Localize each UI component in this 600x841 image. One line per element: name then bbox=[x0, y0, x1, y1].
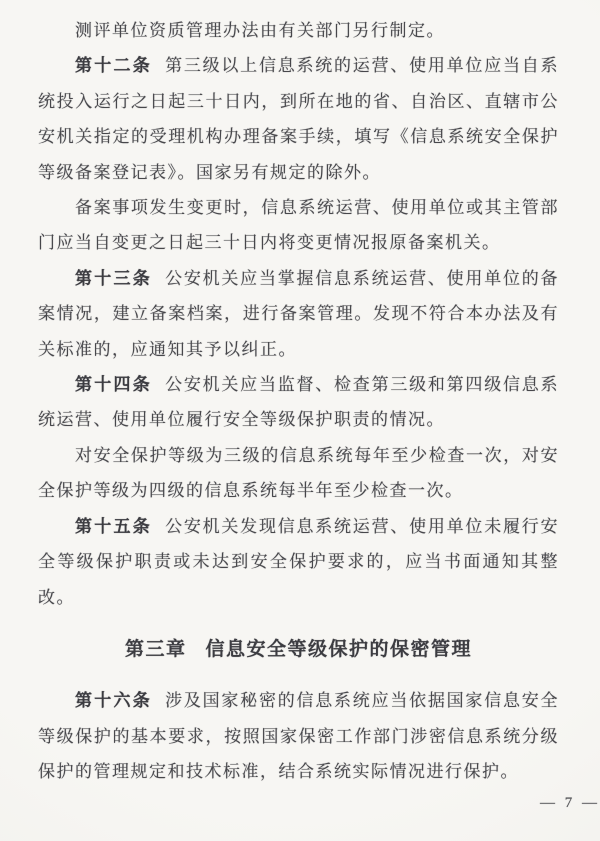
paragraph: 对安全保护等级为三级的信息系统每年至少检查一次，对安全保护等级为四级的信息系统每… bbox=[38, 438, 559, 509]
paragraph: 第十五条公安机关发现信息系统运营、使用单位未履行安全等级保护职责或未达到安全保护… bbox=[38, 509, 559, 615]
paragraph: 备案事项发生变更时，信息系统运营、使用单位或其主管部门应当自变更之日起三十日内将… bbox=[38, 190, 559, 261]
paragraph-text: 测评单位资质管理办法由有关部门另行制定。 bbox=[75, 21, 445, 40]
article-number: 第十二条 bbox=[75, 56, 152, 75]
paragraph-text: 备案事项发生变更时，信息系统运营、使用单位或其主管部门应当自变更之日起三十日内将… bbox=[38, 198, 559, 252]
chapter-title: 信息安全等级保护的保密管理 bbox=[206, 639, 473, 660]
document-body: 测评单位资质管理办法由有关部门另行制定。 第十二条第三级以上信息系统的运营、使用… bbox=[38, 13, 559, 790]
page-number: — 7 — bbox=[72, 795, 600, 812]
paragraph: 第十六条涉及国家秘密的信息系统应当依据国家信息安全等级保护的基本要求，按照国家保… bbox=[38, 683, 559, 789]
paragraph: 第十四条公安机关应当监督、检查第三级和第四级信息系统运营、使用单位履行安全等级保… bbox=[38, 367, 559, 438]
chapter-heading: 第三章信息安全等级保护的保密管理 bbox=[38, 632, 559, 667]
paragraph: 测评单位资质管理办法由有关部门另行制定。 bbox=[38, 13, 559, 48]
article-number: 第十六条 bbox=[75, 691, 152, 710]
article-number: 第十三条 bbox=[75, 269, 152, 288]
document-page: 测评单位资质管理办法由有关部门另行制定。 第十二条第三级以上信息系统的运营、使用… bbox=[0, 0, 600, 841]
article-number: 第十五条 bbox=[75, 517, 152, 536]
paragraph: 第十三条公安机关应当掌握信息系统运营、使用单位的备案情况，建立备案档案，进行备案… bbox=[38, 261, 559, 367]
paragraph-text: 对安全保护等级为三级的信息系统每年至少检查一次，对安全保护等级为四级的信息系统每… bbox=[38, 446, 559, 500]
paragraph-text: 第三级以上信息系统的运营、使用单位应当自系统投入运行之日起三十日内，到所在地的省… bbox=[38, 56, 559, 181]
article-number: 第十四条 bbox=[75, 375, 152, 394]
paragraph: 第十二条第三级以上信息系统的运营、使用单位应当自系统投入运行之日起三十日内，到所… bbox=[38, 48, 559, 190]
chapter-number: 第三章 bbox=[125, 639, 187, 660]
